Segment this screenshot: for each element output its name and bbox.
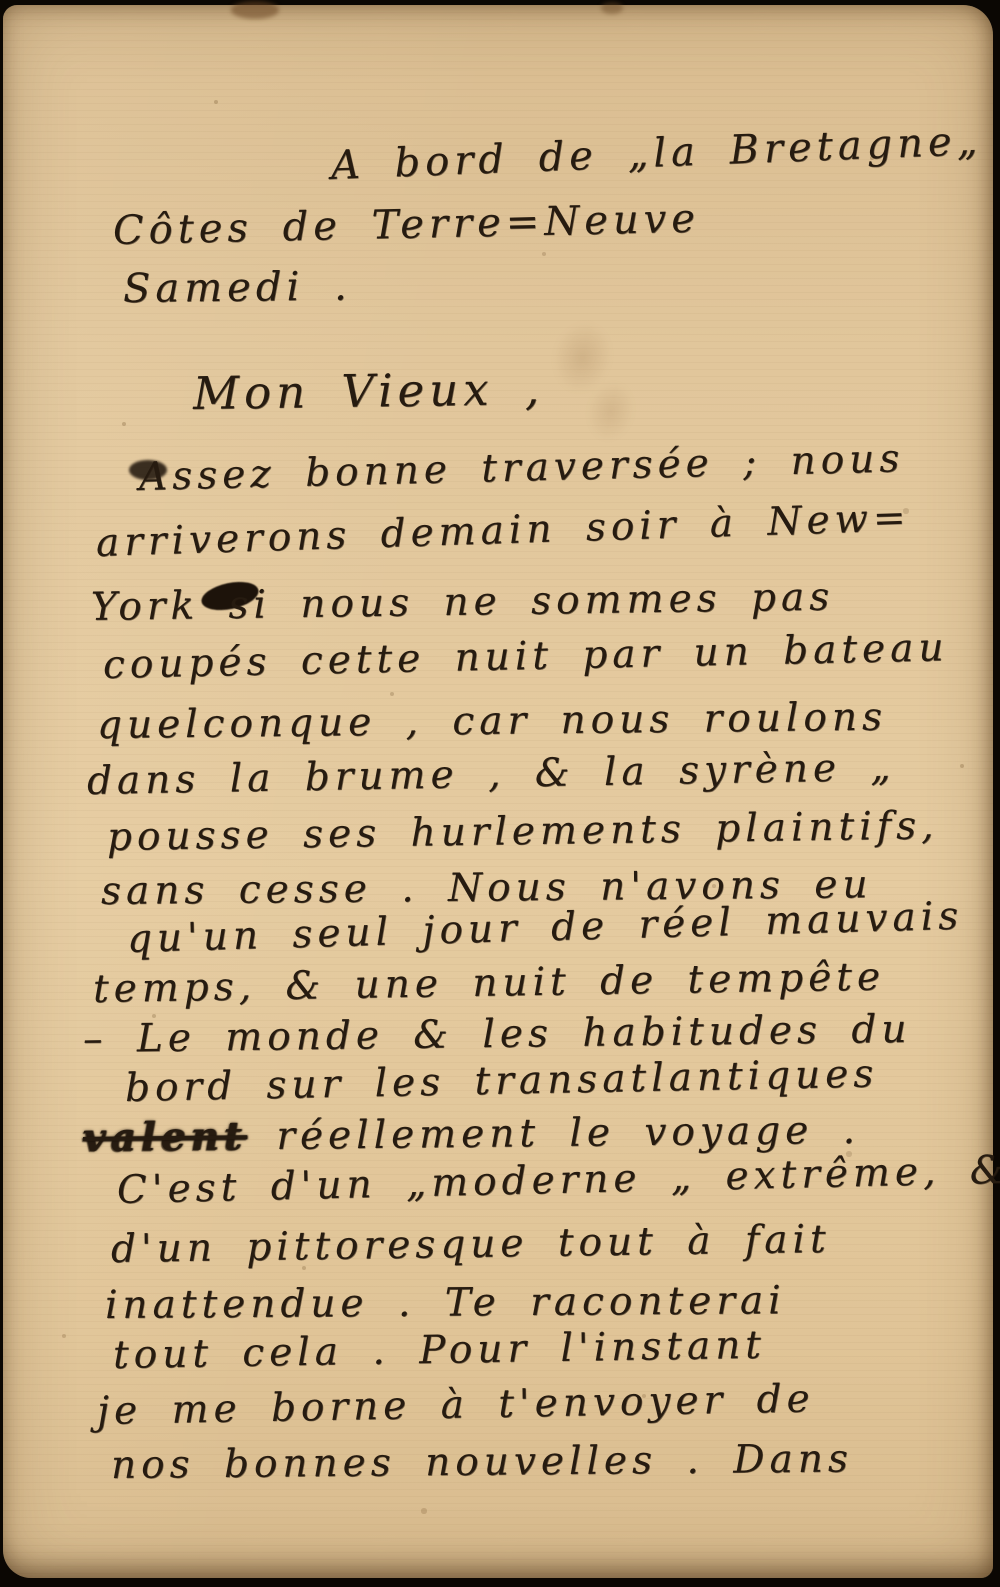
body-line: temps, & une nuit de tempête <box>93 955 886 1012</box>
body-line-text: temps, & une nuit de tempête <box>93 955 886 1012</box>
body-line: Assez bonne traversée ; nous <box>138 436 904 500</box>
body-line-text: pousse ses hurlements plaintifs, <box>107 803 939 860</box>
body-line-text: arriverons demain soir à New= <box>95 495 911 566</box>
body-line-text: York si nous ne sommes pas <box>91 575 835 630</box>
body-line: nos bonnes nouvelles . Dans <box>111 1437 853 1488</box>
letter-page: A bord de „la Bretagne„ Côtes de Terre=N… <box>3 5 993 1578</box>
salutation: Mon Vieux , <box>193 362 545 420</box>
body-line-text: Assez bonne traversée ; nous <box>138 436 904 500</box>
body-line: tout cela . Pour l'instant <box>113 1323 767 1378</box>
body-line: quelconque , car nous roulons <box>97 695 887 748</box>
body-line-text: dans la brume , & la syrène „ <box>87 745 896 804</box>
body-line: arriverons demain soir à New= <box>95 495 911 566</box>
body-line: York si nous ne sommes pas <box>91 575 835 630</box>
overwritten-word: valent <box>83 1113 247 1161</box>
paper-stain <box>231 1 279 19</box>
body-line-text: coupés cette nuit par un bateau <box>103 625 949 688</box>
body-line: bord sur les transatlantiques <box>125 1052 879 1111</box>
body-line-text: bord sur les transatlantiques <box>125 1052 879 1111</box>
body-line: pousse ses hurlements plaintifs, <box>107 803 939 860</box>
body-line-text: quelconque , car nous roulons <box>97 695 887 748</box>
body-line: je me borne à t'envoyer de <box>97 1376 815 1434</box>
body-line-text: nos bonnes nouvelles . Dans <box>111 1437 853 1488</box>
dateline-day: Samedi . <box>123 264 352 312</box>
body-line: d'un pittoresque tout à fait <box>111 1217 831 1272</box>
body-line-text: je me borne à t'envoyer de <box>97 1376 815 1434</box>
body-line-text: d'un pittoresque tout à fait <box>111 1217 831 1272</box>
body-line: inattendue . Te raconterai <box>105 1278 786 1328</box>
body-line: coupés cette nuit par un bateau <box>103 625 949 688</box>
paper-stain <box>601 2 623 14</box>
body-line-text: tout cela . Pour l'instant <box>113 1323 767 1378</box>
body-line: dans la brume , & la syrène „ <box>87 745 896 804</box>
dateline-location: Côtes de Terre=Neuve <box>113 196 701 254</box>
dateline-ship: A bord de „la Bretagne„ <box>330 118 983 189</box>
paper-speckles <box>3 5 5 7</box>
body-line-text: réellement le voyage . <box>247 1108 861 1159</box>
body-line-text: inattendue . Te raconterai <box>105 1278 786 1328</box>
